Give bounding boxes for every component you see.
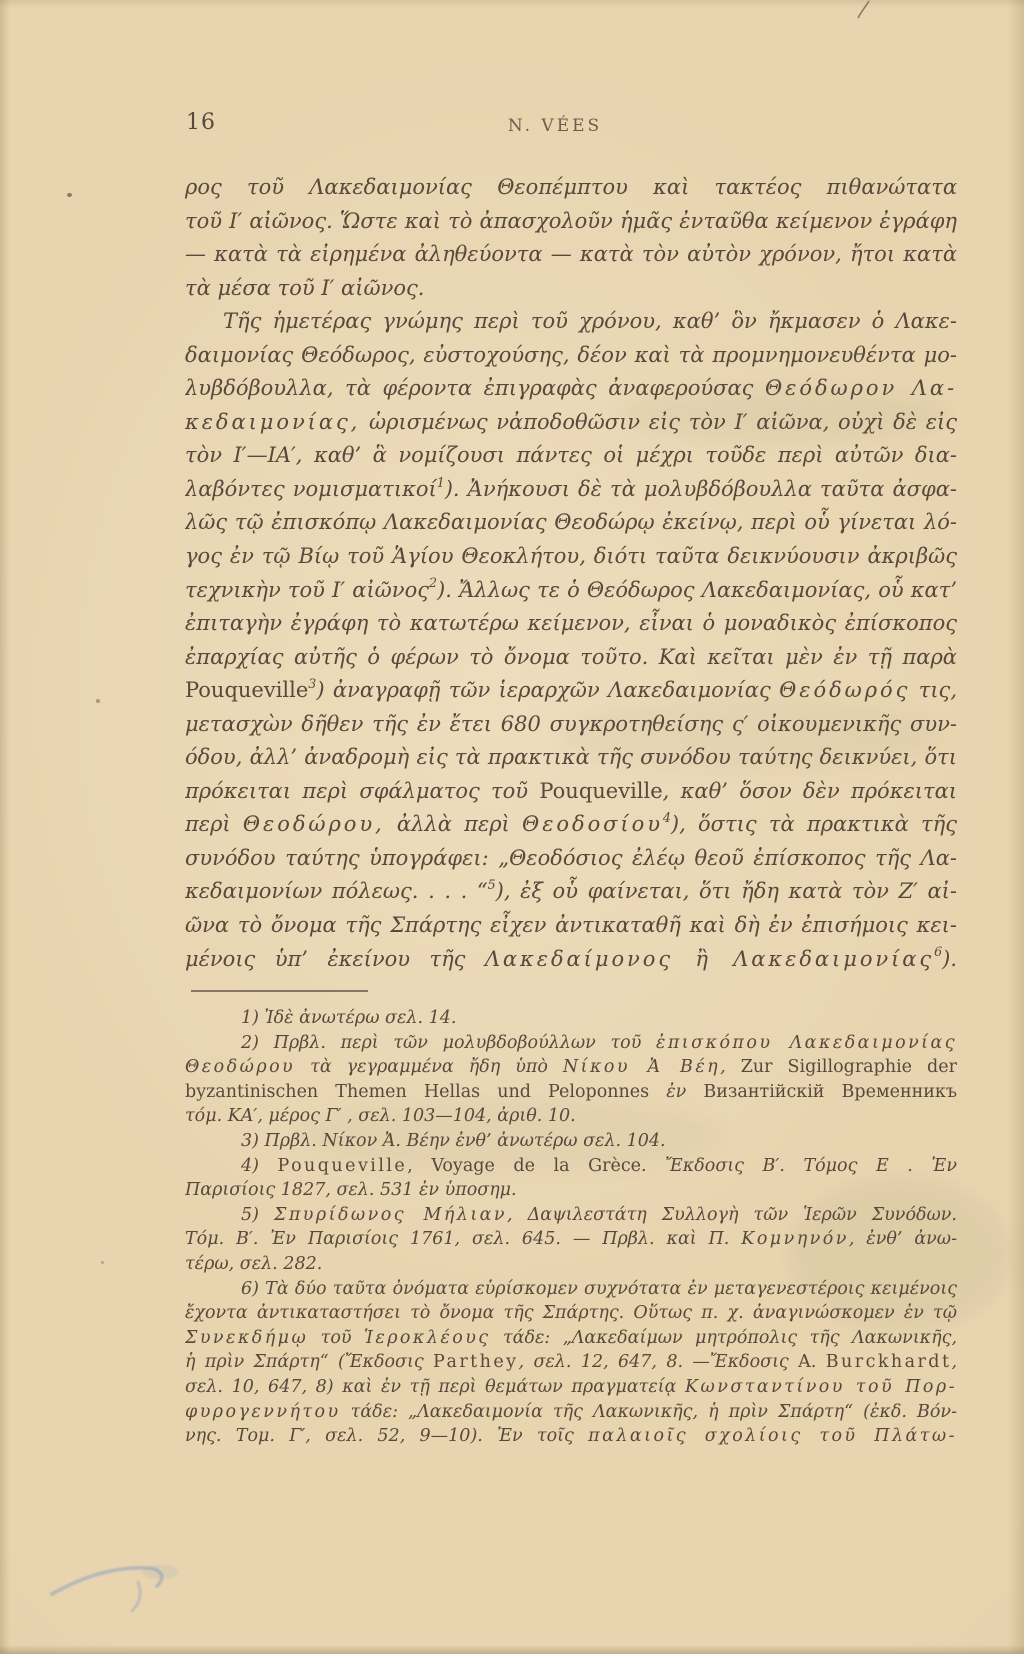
text-segment: Θεοδώρου, [243,812,385,836]
text-segment: πρόκειται περὶ σφάλματος τοῦ [185,779,539,803]
text-segment: ). Ἀνήκουσι δὲ τὰ μολυβδόβουλλα ταῦτα ἀσ… [445,477,957,501]
text-line: Τῆς ἡμετέρας γνώμης περὶ τοῦ χρόνου, καθ… [185,305,957,339]
footnotes: 1) Ἰδὲ ἀνωτέρω σελ. 14.2) Πρβλ. περὶ τῶν… [185,1006,957,1449]
text-segment: λαβόντες νομισματικοί [185,477,437,501]
text-line: τόμ. ΚΑ′, μέρος Γ′ , σελ. 103—104, ἀριθ.… [185,1104,957,1129]
footnote-separator [191,990,368,992]
text-segment: ἐν [666,1082,703,1102]
text-segment: Pouqueville [539,779,662,803]
text-segment: συνόδου ταύτης ὑπογράφει: „Θεοδόσιος ἐλέ… [185,846,957,870]
text-line: Τόμ. Β′. Ἐν Παρισίοις 1761, σελ. 645. — … [185,1227,957,1252]
text-line: σελ. 10, 647, 8) καὶ ἐν τῇ περὶ θεμάτων … [185,1375,957,1400]
text-segment: Κομνηνόν [741,1229,849,1249]
text-segment: όδου, ἀλλ’ ἀναδρομὴ εἰς τὰ πρακτικὰ τῆς … [185,745,957,769]
text-segment: Pouqueville [278,1156,408,1176]
text-segment: Κωνσταντίνου τοῦ Πορ- [685,1377,957,1397]
text-segment: λῶς τῷ ἐπισκόπῳ Λακεδαιμονίας Θεοδώρῳ ἐκ… [185,510,957,534]
text-segment: , [720,1057,741,1077]
text-segment: τέρω, σελ. 282. [185,1254,322,1274]
text-line: 2) Πρβλ. περὶ τῶν μολυβδοβούλλων τοῦ ἐπι… [185,1031,957,1056]
text-line: ἡ πρὶν Σπάρτη“ (Ἔκδοσις Parthey, σελ. 12… [185,1350,957,1375]
text-segment: Ἱεροκλέους [364,1328,491,1348]
text-segment: ) ἀναγραφῇ τῶν ἱεραρχῶν Λακεδαιμονίας [316,678,779,702]
text-segment: Pouqueville [185,678,308,702]
footnote-reference: 1 [437,475,445,490]
text-segment: , Voyage de la Grèce. [407,1156,665,1176]
text-segment: Τῆς ἡμετέρας γνώμης περὶ τοῦ χρόνου, καθ… [223,309,957,333]
text-segment: ). [942,947,957,971]
text-line: 1) Ἰδὲ ἀνωτέρω σελ. 14. [185,1006,957,1031]
text-line: τέρω, σελ. 282. [185,1252,957,1277]
text-segment: ), ἐξ οὗ φαίνεται, ὅτι ἤδη κατὰ τὸν Ζ′ α… [496,879,957,903]
text-segment: Παρισίοις 1827, σελ. 531 ἐν ὑποσημ. [185,1180,517,1200]
text-line: πρόκειται περὶ σφάλματος τοῦ Pouqueville… [185,775,957,809]
text-line: 5) Σπυρίδωνος Μήλιαν, Δαψιλεστάτη Συλλογ… [185,1203,957,1228]
footnote-reference: 2 [429,575,437,590]
text-segment: 1) Ἰδὲ ἀνωτέρω σελ. 14. [241,1008,456,1028]
scanned-page: 16 N. VÉES ρος τοῦ Λακεδαιμονίας Θεοπέμπ… [0,0,1024,1654]
text-line: ἐπιταγὴν ἐγράφη τὸ κατωτέρω κείμενον, εἶ… [185,607,957,641]
text-segment: νης. Τομ. Γ′, σελ. 52, 9—10). Ἐν τοῖς [185,1426,588,1446]
text-segment: ρος τοῦ Λακεδαιμονίας Θεοπέμπτου καὶ τακ… [185,175,957,205]
text-segment: τὰ γεγραμμένα ἤδη ὑπὸ [295,1057,563,1077]
text-line: φυρογεννήτου τάδε: „Λακεδαιμονία τῆς Λακ… [185,1400,957,1425]
text-segment: ). Ἄλλως τε ὁ Θεόδωρος Λακεδαιμονίας, οὗ… [437,578,957,602]
text-segment: μετασχὼν δῆθεν τῆς ἐν ἔτει 680 συγκροτηθ… [185,712,957,736]
text-segment: παλαιοῖς σχολίοις τοῦ Πλάτω- [588,1426,957,1446]
text-line: δαιμονίας Θεόδωρος, εὐστοχούσης, δέον κα… [185,339,957,373]
text-segment: Συνεκδήμῳ [185,1328,308,1348]
text-segment: Λακεδαίμονος ἢ Λακεδαιμονίας [485,947,934,971]
footnote-reference: 5 [488,877,496,892]
text-segment: ἐπιταγὴν ἐγράφη τὸ κατωτέρω κείμενον, εἶ… [185,611,957,641]
text-segment: , Δαψιλεστάτη Συλλογὴ τῶν Ἱερῶν Συνόδων. [507,1205,957,1225]
text-segment: τάδε: „Λακεδαιμονία τῆς Λακωνικῆς, ἡ πρὶ… [341,1402,957,1422]
text-line: Θεοδώρου τὰ γεγραμμένα ἤδη ὑπὸ Νίκου Ἀ Β… [185,1055,957,1080]
text-segment: ἡ πρὶν Σπάρτη“ (Ἔκδοσις [185,1352,433,1372]
text-segment: 2) Πρβλ. περὶ τῶν μολυβδοβούλλων τοῦ [241,1033,656,1053]
text-line: μένοις ὑπ’ ἐκείνου τῆς Λακεδαίμονος ἢ Λα… [185,943,957,977]
text-line: νης. Τομ. Γ′, σελ. 52, 9—10). Ἐν τοῖς πα… [185,1424,957,1449]
text-segment: τὰ μέσα τοῦ Ι′ αἰῶνος. [185,276,424,300]
text-segment: 6) Τὰ δύο ταῦτα ὀνόματα εὑρίσκομεν συχνό… [241,1279,957,1299]
text-line: 3) Πρβλ. Νίκον Ἀ. Βέην ἐνθ’ ἀνωτέρω σελ.… [185,1129,957,1154]
text-segment: Θεοδώρου [185,1057,295,1077]
text-segment: τοῦ [308,1328,364,1348]
footnote-reference: 4 [663,810,671,825]
text-line: τὰ μέσα τοῦ Ι′ αἰῶνος. [185,272,957,306]
text-segment: Zur Sigillographie der [741,1057,957,1077]
text-line: byzantinischen Themen Hellas und Pelopon… [185,1080,957,1105]
text-segment: φυρογεννήτου [185,1402,341,1422]
text-line: λυβδόβουλλα, τὰ φέροντα ἐπιγραφὰς ἀναφερ… [185,372,957,406]
text-segment: ), ὅστις τὰ πρακτικὰ τῆς [671,812,957,836]
text-line: τεχνικὴν τοῦ Ι′ αἰῶνος2). Ἄλλως τε ὁ Θεό… [185,574,957,608]
text-segment: A. [798,1352,826,1372]
text-line: τοῦ Ι′ αἰῶνος. Ὥστε καὶ τὸ ἀπασχολοῦν ἡμ… [185,205,957,239]
text-line: — κατὰ τὰ εἰρημένα ἀληθεύοντα — κατὰ τὸν… [185,238,957,272]
text-line: κεδαιμονίας, ὡρισμένως νἀποδοθῶσιν εἰς τ… [185,406,957,440]
text-segment: τεχνικὴν τοῦ Ι′ αἰῶνος [185,578,429,602]
text-segment: δαιμονίας Θεόδωρος, εὐστοχούσης, δέον κα… [185,343,957,367]
pen-stroke-mark [848,0,878,24]
text-segment: 3) Πρβλ. Νίκον Ἀ. Βέην ἐνθ’ ἀνωτέρω σελ.… [241,1131,666,1151]
text-segment: τάδε: „Λακεδαίμων μητρόπολις τῆς Λακωνικ… [491,1328,957,1348]
text-segment: Византійскій Временникъ [703,1082,957,1102]
text-segment: τις, [910,678,957,702]
text-segment: τὸν Ι′—ΙΑ′, καθ’ ἃ νομίζουσι πάντες οἱ μ… [185,443,957,467]
text-line: όδου, ἀλλ’ ἀναδρομὴ εἰς τὰ πρακτικὰ τῆς … [185,741,957,775]
text-line: 6) Τὰ δύο ταῦτα ὀνόματα εὑρίσκομεν συχνό… [185,1277,957,1302]
text-segment: ἐπαρχίας αὐτῆς ὁ φέρων τὸ ὄνομα τοῦτο. Κ… [185,645,957,669]
text-segment: , καθ’ ὅσον δὲν πρόκειται [663,779,957,803]
text-line: ἔχοντα ἀντικαταστήσει τὸ ὄνομα τῆς Σπάρτ… [185,1301,957,1326]
text-segment: τοῦ Ι′ αἰῶνος. Ὥστε καὶ τὸ ἀπασχολοῦν ἡμ… [185,209,957,233]
text-line: ῶνα τὸ ὄνομα τῆς Σπάρτης εἶχεν ἀντικαταθ… [185,909,957,943]
footnote-reference: 3 [308,676,316,691]
ink-speck [96,699,100,703]
text-segment: Θεοδοσίου [522,812,663,836]
text-segment: Τόμ. Β′. Ἐν Παρισίοις 1761, σελ. 645. — … [185,1229,741,1249]
text-segment: Νίκου Ἀ Βέη [563,1057,720,1077]
text-segment: Θεόδωρον Λα- [765,376,957,400]
text-line: λῶς τῷ ἐπισκόπῳ Λακεδαιμονίας Θεοδώρῳ ἐκ… [185,506,957,540]
text-segment: ἀλλὰ περὶ [385,812,522,836]
running-head: N. VÉES [185,116,925,136]
text-line: συνόδου ταύτης ὑπογράφει: „Θεοδόσιος ἐλέ… [185,842,957,876]
text-segment: κεδαιμονίας, [185,410,360,434]
text-segment: γος ἐν τῷ Βίῳ τοῦ Ἁγίου Θεοκλήτου, διότι… [185,544,957,568]
text-segment: , [951,1352,957,1372]
text-segment: Parthey [433,1352,518,1372]
text-line: ἐπαρχίας αὐτῆς ὁ φέρων τὸ ὄνομα τοῦτο. Κ… [185,641,957,675]
text-segment: , σελ. 12, 647, 8. —Ἔκδοσις [519,1352,799,1372]
text-segment: Θεόδωρός [779,678,910,702]
text-line: Συνεκδήμῳ τοῦ Ἱεροκλέους τάδε: „Λακεδαίμ… [185,1326,957,1351]
body-text: ρος τοῦ Λακεδαιμονίας Θεοπέμπτου καὶ τακ… [185,171,957,976]
text-line: Παρισίοις 1827, σελ. 531 ἐν ὑποσημ. [185,1178,957,1203]
text-segment: σελ. 10, 647, 8) καὶ ἐν τῇ περὶ θεμάτων … [185,1377,685,1397]
footnote-reference: 6 [934,944,942,959]
text-segment: , ἐνθ’ ἀνω- [849,1229,957,1249]
text-line: κεδαιμονίων πόλεως. . . . “5), ἐξ οὗ φαί… [185,875,957,909]
text-line: 4) Pouqueville, Voyage de la Grèce. Ἔκδο… [185,1154,957,1179]
text-line: ρος τοῦ Λακεδαιμονίας Θεοπέμπτου καὶ τακ… [185,171,957,205]
text-segment: τόμ. ΚΑ′, μέρος Γ′ , σελ. 103—104, ἀριθ.… [185,1106,576,1126]
text-line: τὸν Ι′—ΙΑ′, καθ’ ἃ νομίζουσι πάντες οἱ μ… [185,439,957,473]
blue-pencil-squiggle [38,1542,218,1627]
text-segment: περὶ [185,812,243,836]
text-segment: ἐπισκόπου Λακεδαιμονίας [656,1033,957,1053]
ink-speck [101,1261,104,1264]
text-segment: λυβδόβουλλα, τὰ φέροντα ἐπιγραφὰς ἀναφερ… [185,376,765,400]
text-line: λαβόντες νομισματικοί1). Ἀνήκουσι δὲ τὰ … [185,473,957,507]
text-segment: Σπυρίδωνος Μήλιαν [274,1205,507,1225]
text-segment: — κατὰ τὰ εἰρημένα ἀληθεύοντα — κατὰ τὸν… [185,242,957,266]
text-line: μετασχὼν δῆθεν τῆς ἐν ἔτει 680 συγκροτηθ… [185,708,957,742]
text-segment: Ἔκδοσις Β′. Τόμος Ε . Ἐν [665,1156,957,1176]
text-line: γος ἐν τῷ Βίῳ τοῦ Ἁγίου Θεοκλήτου, διότι… [185,540,957,574]
text-line: Pouqueville3) ἀναγραφῇ τῶν ἱεραρχῶν Λακε… [185,674,957,708]
text-segment: ἔχοντα ἀντικαταστήσει τὸ ὄνομα τῆς Σπάρτ… [185,1303,957,1323]
text-segment: byzantinischen Themen Hellas und Pelopon… [185,1082,666,1102]
text-segment: ὡρισμένως νἀποδοθῶσιν εἰς τὸν Ι′ αἰῶνα, … [360,410,957,434]
text-segment: 5) [241,1205,274,1225]
text-segment: μένοις ὑπ’ ἐκείνου τῆς [185,947,485,971]
text-segment: ῶνα τὸ ὄνομα τῆς Σπάρτης εἶχεν ἀντικαταθ… [185,913,957,937]
text-segment: Burckhardt [826,1352,952,1372]
text-line: περὶ Θεοδώρου, ἀλλὰ περὶ Θεοδοσίου4), ὅσ… [185,808,957,842]
text-segment: κεδαιμονίων πόλεως. . . . “ [185,879,488,903]
ink-speck [67,193,72,197]
text-segment: 4) [241,1156,278,1176]
